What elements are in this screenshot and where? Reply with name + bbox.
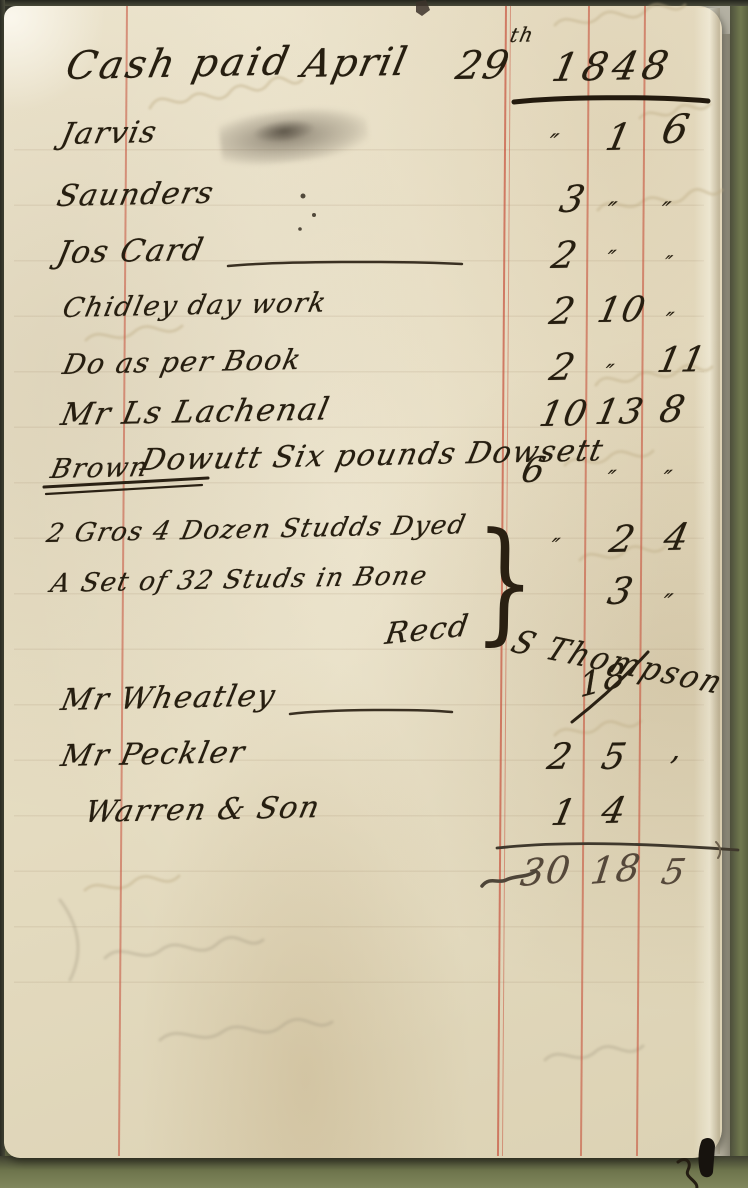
ledger-photo: Cash paid April 29 th 1848 Jarvis ″ 1 6 … [0,0,748,1188]
top-edge-mark [416,0,430,16]
ink-speck [301,194,306,199]
wheatley-dash [290,710,452,714]
ink-blot [699,1138,716,1177]
sum-underline [497,844,738,850]
ink-speck [298,227,302,231]
ink-speck [312,213,316,217]
flourish-18 [572,652,648,722]
corner-scribble [678,1160,697,1188]
ink-marks-layer [0,0,748,1188]
jos-card-dash [228,262,462,266]
total-check-squiggle [482,871,536,886]
year-underline [514,98,708,102]
